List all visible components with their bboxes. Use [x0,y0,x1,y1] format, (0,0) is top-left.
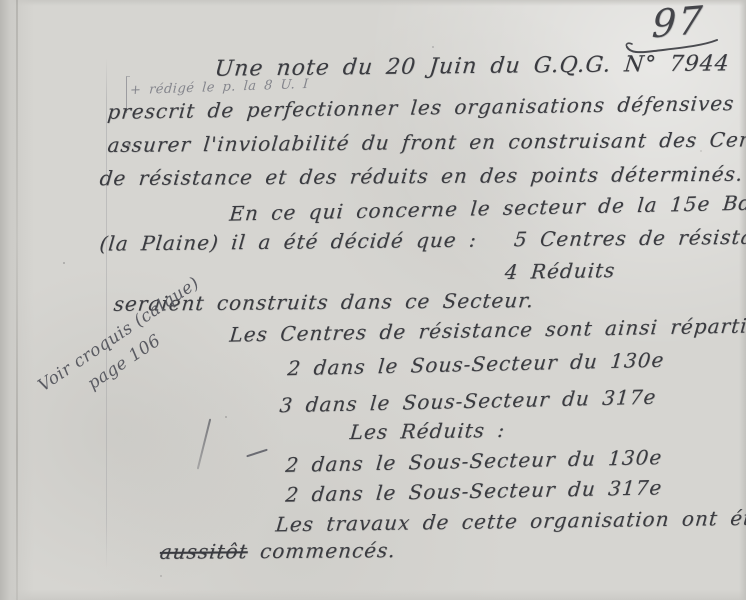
handwritten-line: Les Centres de résistance sont ainsi rép… [229,313,746,346]
margin-note-dash [246,449,268,458]
handwritten-line: (la Plaine) il a été décidé que : 5 Cent… [99,224,746,255]
handwritten-line: assurer l'inviolabilité du front en cons… [107,127,746,157]
paper-specks [0,0,2,2]
handwritten-line: aussitôt commencés. [159,538,397,564]
page-binding-crease [16,0,18,600]
handwritten-line: 2 dans le Sous-Secteur du 130e [285,445,664,477]
margin-note-line1: Voir croquis (calque) [33,248,238,398]
handwritten-line: Une note du 20 Juin du G.Q.G. N° 7944 [214,51,731,81]
margin-note: Voir croquis (calque)page 106 [33,248,253,420]
handwritten-line: 2 dans le Sous-Secteur du 130e [287,348,666,381]
handwritten-line: 3 dans le Sous-Secteur du 317e [279,385,658,418]
handwritten-line: En ce qui concerne le secteur de la 15e … [228,190,746,225]
struck-word: aussitôt [159,539,249,564]
handwritten-line: Les travaux de cette organisation ont ét… [275,506,746,537]
margin-pencil-stroke [197,419,212,470]
handwritten-line: de résistance et des réduits en des poin… [99,162,745,190]
left-margin-rule [106,58,107,570]
handwritten-line-rest: commencés. [247,538,397,563]
handwritten-line: 4 Réduits [504,258,617,284]
handwritten-line: Les Réduits : [349,418,507,444]
handwritten-line: 2 dans le Sous-Secteur du 317e [285,475,664,506]
manuscript-page-scan: 97 + rédigé le p. la 8 U. I Une note du … [0,0,746,600]
